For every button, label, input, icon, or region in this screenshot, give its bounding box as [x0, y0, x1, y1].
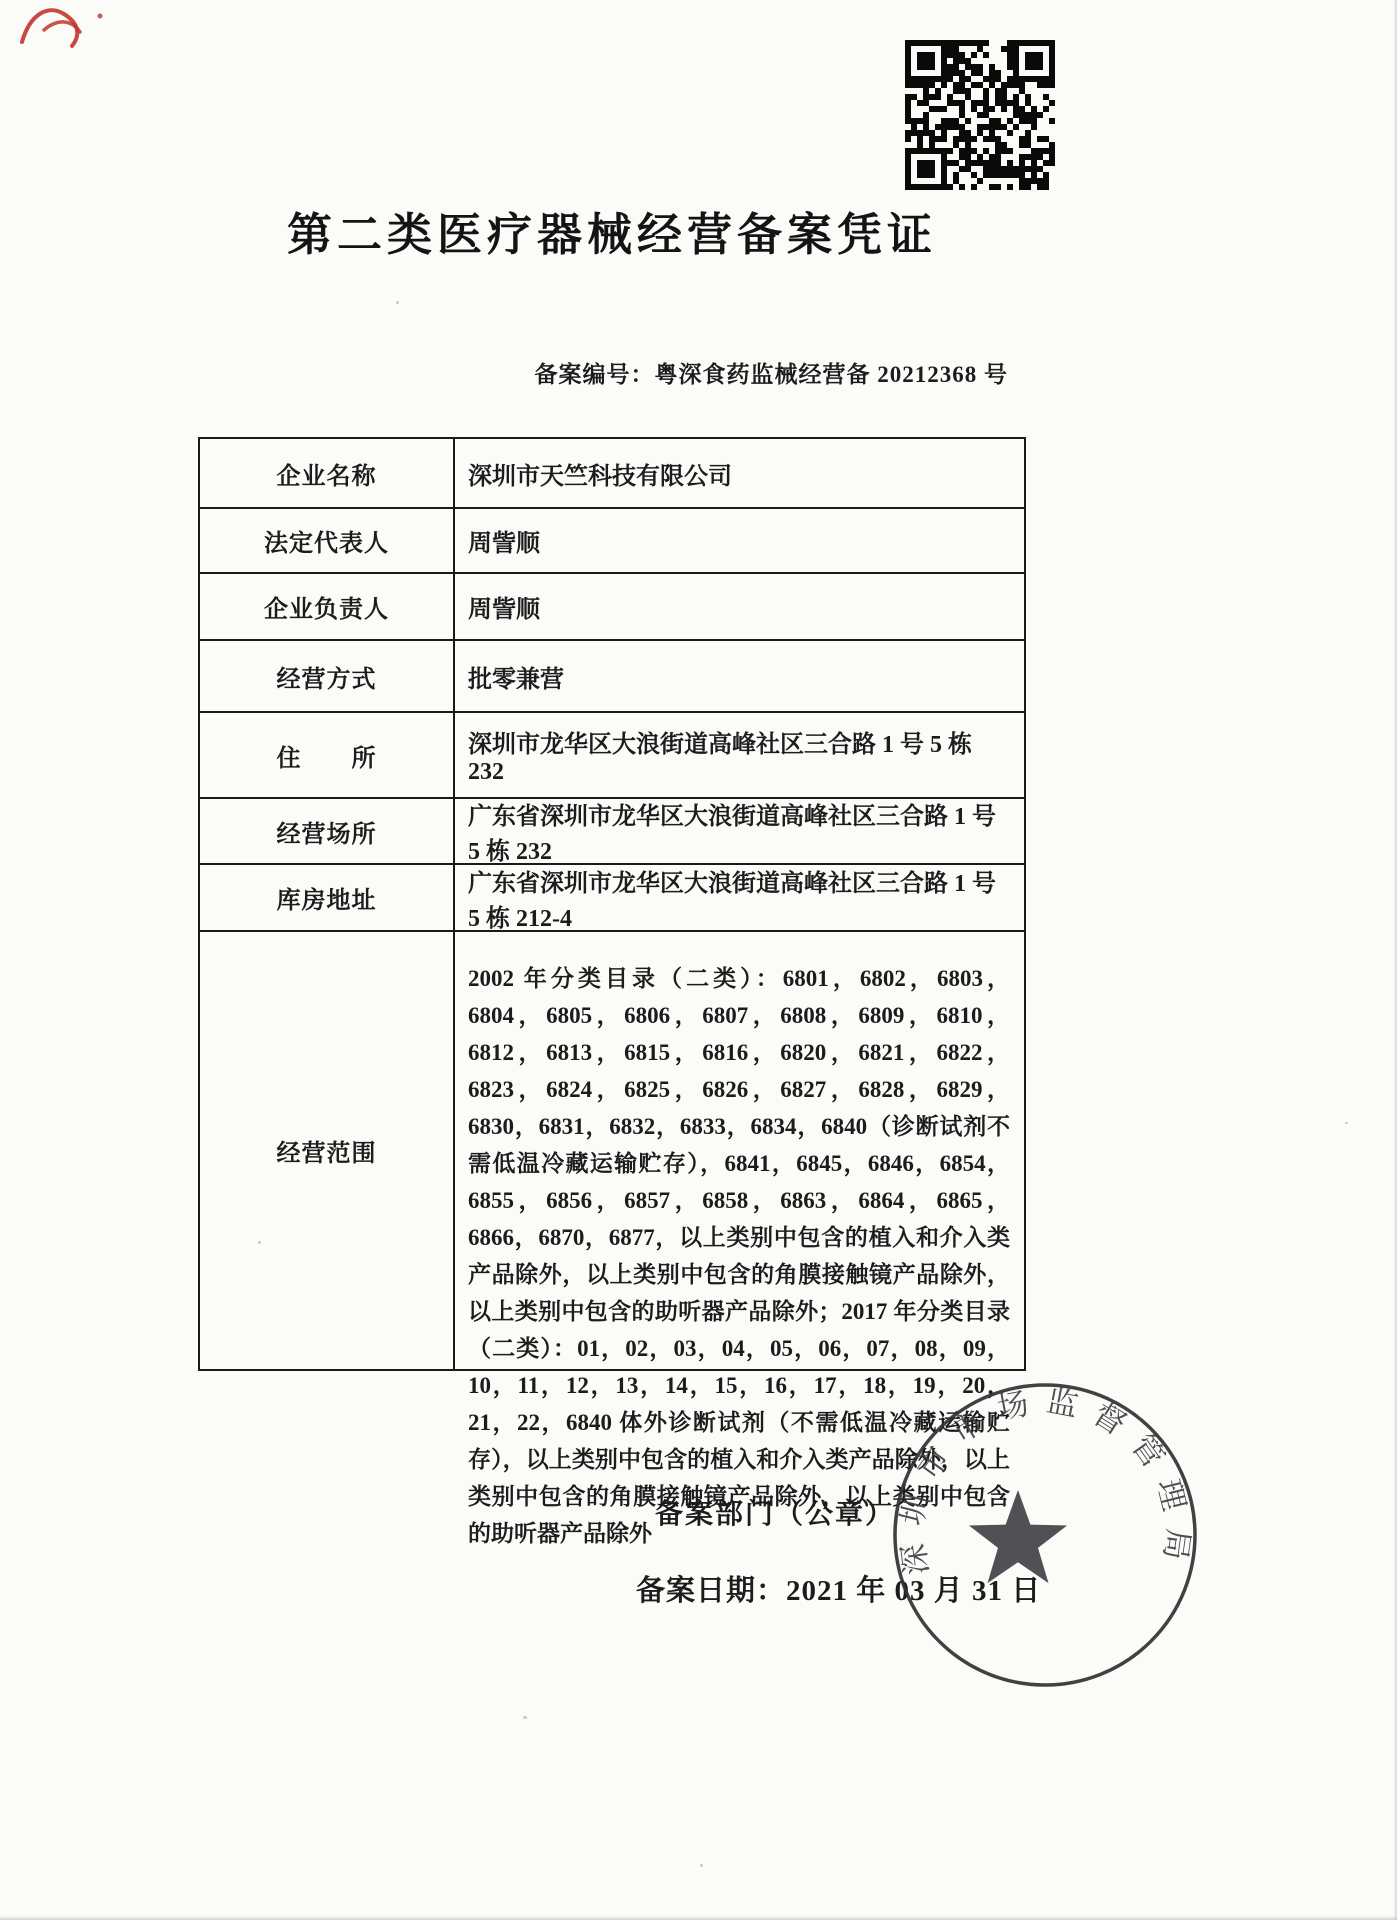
filing-date-label: 备案日期： — [636, 1575, 786, 1607]
row-label: 法定代表人 — [200, 509, 455, 572]
row-value: 批零兼营 — [455, 641, 1024, 711]
row-value-business-scope: 2002 年分类目录（二类）：6801，6802，6803，6804，6805，… — [455, 932, 1024, 1369]
row-value: 周訾顺 — [455, 509, 1024, 572]
filing-number-label: 备案编号： — [535, 362, 655, 387]
filing-number: 备案编号：粤深食药监械经营备 20212368 号 — [198, 356, 1008, 389]
table-row: 法定代表人 周訾顺 — [200, 507, 1024, 572]
certificate-page: { "document": { "title": "第二类医疗器械经营备案凭证"… — [0, 0, 1397, 1920]
row-label: 经营场所 — [200, 799, 455, 863]
row-label: 经营方式 — [200, 641, 455, 711]
table-row: 经营方式 批零兼营 — [200, 639, 1024, 711]
row-label: 经营范围 — [200, 932, 455, 1369]
table-row: 企业名称 深圳市天竺科技有限公司 — [200, 439, 1024, 507]
table-row: 经营范围 2002 年分类目录（二类）：6801，6802，6803，6804，… — [200, 930, 1024, 1369]
row-label: 住 所 — [200, 713, 455, 797]
table-row: 库房地址 广东省深圳市龙华区大浪街道高峰社区三合路 1 号 5 栋 212-4 — [200, 863, 1024, 930]
row-value: 广东省深圳市龙华区大浪街道高峰社区三合路 1 号 5 栋 212-4 — [455, 865, 1024, 930]
filing-department-label: 备案部门（公章） — [655, 1492, 895, 1532]
qr-code — [905, 40, 1055, 192]
filing-number-value: 粤深食药监械经营备 20212368 号 — [655, 362, 1009, 387]
page-title: 第二类医疗器械经营备案凭证 — [198, 198, 1026, 263]
table-row: 住 所 深圳市龙华区大浪街道高峰社区三合路 1 号 5 栋 232 — [200, 711, 1024, 797]
filing-date: 备案日期：2021 年 03 月 31 日 — [636, 1568, 1041, 1609]
table-row: 企业负责人 周訾顺 — [200, 572, 1024, 639]
row-label: 企业负责人 — [200, 574, 455, 639]
certificate-table: 企业名称 深圳市天竺科技有限公司 法定代表人 周訾顺 企业负责人 周訾顺 经营方… — [198, 437, 1026, 1371]
row-value: 深圳市龙华区大浪街道高峰社区三合路 1 号 5 栋 232 — [455, 713, 1024, 797]
scan-edge-shadow-bottom — [0, 1916, 1397, 1920]
table-row: 经营场所 广东省深圳市龙华区大浪街道高峰社区三合路 1 号 5 栋 232 — [200, 797, 1024, 863]
filing-date-value: 2021 年 03 月 31 日 — [786, 1575, 1041, 1607]
row-value: 周訾顺 — [455, 574, 1024, 639]
row-label: 企业名称 — [200, 439, 455, 507]
scan-edge-shadow-right — [1393, 0, 1397, 1920]
row-value: 广东省深圳市龙华区大浪街道高峰社区三合路 1 号 5 栋 232 — [455, 799, 1024, 863]
red-pen-scribble — [14, 2, 124, 54]
row-value: 深圳市天竺科技有限公司 — [455, 439, 1024, 507]
row-label: 库房地址 — [200, 865, 455, 930]
